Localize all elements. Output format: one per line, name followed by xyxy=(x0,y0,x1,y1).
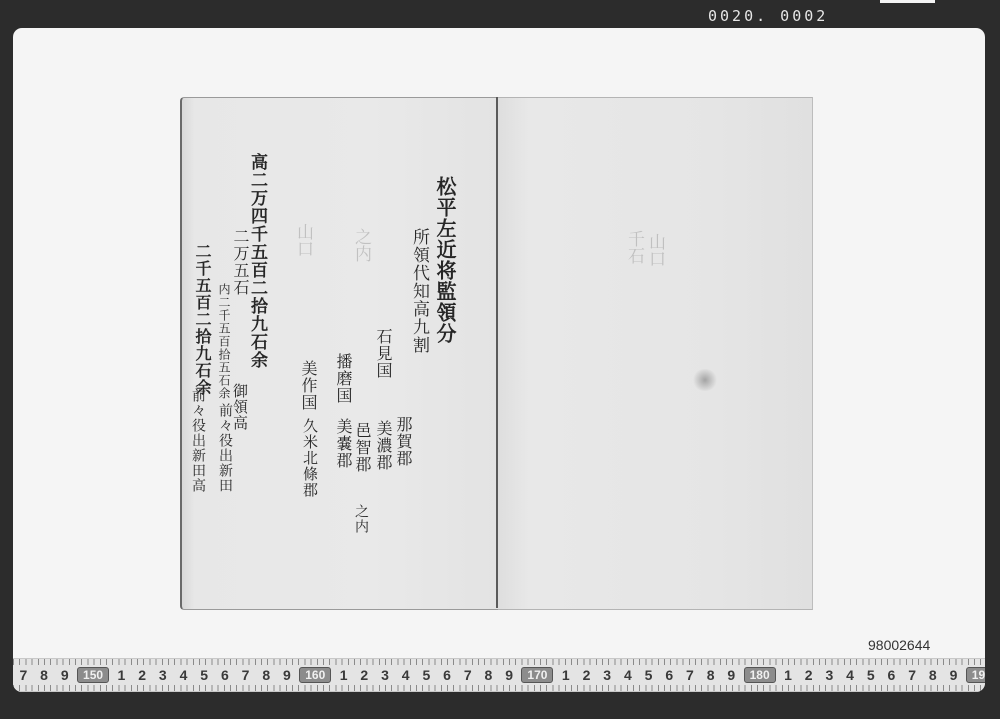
ruler-label: 8 xyxy=(700,667,721,683)
ruler-label: 8 xyxy=(478,667,499,683)
ruler-label: 2 xyxy=(576,667,597,683)
ruler-label: 180 xyxy=(744,667,776,683)
ruler-label: 5 xyxy=(416,667,437,683)
ruler-label: 5 xyxy=(860,667,881,683)
ruler-label: 2 xyxy=(798,667,819,683)
ruler-label: 5 xyxy=(194,667,215,683)
ruler-label: 9 xyxy=(943,667,964,683)
ruler-label: 1 xyxy=(555,667,576,683)
ruler-label: 9 xyxy=(499,667,520,683)
frame-counter: 0020. 0002 xyxy=(708,7,828,25)
ruler-label: 7 xyxy=(235,667,256,683)
district-mino: 美濃郡 xyxy=(375,420,391,471)
text-column: 之内 xyxy=(354,504,368,534)
ruler-label: 6 xyxy=(659,667,680,683)
top-edge-tab xyxy=(880,0,935,3)
paper-stain xyxy=(692,369,718,391)
text-column: 前々役出新田 xyxy=(218,403,232,493)
ruler-label: 8 xyxy=(34,667,55,683)
ruler-label: 160 xyxy=(299,667,331,683)
yield-total: 高二万四千五百二拾九石余 xyxy=(248,153,265,369)
ruler-label: 4 xyxy=(618,667,639,683)
measurement-ruler: 7891501234567891601234567891701234567891… xyxy=(13,658,985,692)
ruler-label: 3 xyxy=(152,667,173,683)
ruler-label: 3 xyxy=(819,667,840,683)
text-column: 前々役出新田高 xyxy=(191,388,205,493)
ruler-label: 6 xyxy=(881,667,902,683)
document-title: 松平左近将監領分 xyxy=(435,176,455,344)
yield-line: 二千五百二拾九石余 xyxy=(194,243,210,396)
ruler-label: 8 xyxy=(922,667,943,683)
ruler-label: 8 xyxy=(256,667,277,683)
ruler-label: 9 xyxy=(277,667,298,683)
ruler-label: 3 xyxy=(375,667,396,683)
ruler-label: 1 xyxy=(111,667,132,683)
ruler-label: 170 xyxy=(521,667,553,683)
district-kume-hojo: 久米北條郡 xyxy=(302,418,317,498)
ruler-ticks xyxy=(13,685,985,691)
ruler-labels: 7891501234567891601234567891701234567891… xyxy=(13,665,985,685)
ruler-label: 4 xyxy=(173,667,194,683)
ruler-label: 7 xyxy=(457,667,478,683)
show-through-text: 山口 xyxy=(646,233,663,267)
show-through-text: 之内 xyxy=(352,228,369,262)
ruler-label: 3 xyxy=(597,667,618,683)
right-page: 千石 山口 xyxy=(498,97,813,610)
text-column: 所領代知高九割 xyxy=(410,228,427,354)
province-mimasaka: 美作国 xyxy=(300,360,316,411)
district-naka: 那賀郡 xyxy=(395,416,411,467)
ruler-label: 6 xyxy=(215,667,236,683)
district-ochi: 邑智郡 xyxy=(354,422,370,473)
ruler-label: 150 xyxy=(77,667,109,683)
show-through-text: 山口 xyxy=(294,223,311,257)
ruler-label: 2 xyxy=(132,667,153,683)
document-spread: 山口 之内 松平左近将監領分 所領代知高九割 石見国 那賀郡 美濃郡 邑智郡 之… xyxy=(180,97,812,608)
ruler-label: 1 xyxy=(333,667,354,683)
ruler-label: 6 xyxy=(437,667,458,683)
yield-line: 二万五石 xyxy=(232,228,248,296)
ruler-label: 4 xyxy=(840,667,861,683)
yield-line: 内二千五百拾五石余 xyxy=(218,283,230,400)
ruler-label: 4 xyxy=(395,667,416,683)
ruler-label: 1 xyxy=(778,667,799,683)
ruler-label: 7 xyxy=(13,667,34,683)
ruler-label: 9 xyxy=(54,667,75,683)
ruler-label: 9 xyxy=(721,667,742,683)
province-iwami: 石見国 xyxy=(375,328,391,379)
province-harima: 播磨国 xyxy=(335,353,351,404)
ruler-label: 7 xyxy=(680,667,701,683)
ruler-label: 190 xyxy=(966,667,985,683)
left-page: 山口 之内 松平左近将監領分 所領代知高九割 石見国 那賀郡 美濃郡 邑智郡 之… xyxy=(180,97,498,610)
district-minagi: 美嚢郡 xyxy=(335,418,351,469)
ruler-label: 7 xyxy=(902,667,923,683)
text-column: 御領高 xyxy=(232,383,247,431)
ruler-label: 5 xyxy=(638,667,659,683)
ruler-label: 2 xyxy=(354,667,375,683)
show-through-text: 千石 xyxy=(625,230,642,264)
mount-card: 山口 之内 松平左近将監領分 所領代知高九割 石見国 那賀郡 美濃郡 邑智郡 之… xyxy=(13,28,985,692)
catalog-id: 98002644 xyxy=(868,637,930,653)
